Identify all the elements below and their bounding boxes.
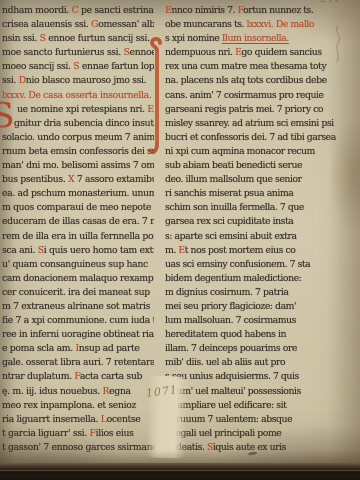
manuscript-line: uas sci emsiny confusionem. 7 sta xyxy=(165,258,336,272)
ink-text: mib' diis. uel ab aliis aut pro xyxy=(165,357,285,368)
ink-text: m dignius cosirnum. 7 patria xyxy=(165,287,288,298)
ink-text: t garcia liguarr' ssi. xyxy=(2,428,90,439)
manuscript-line: ni xpi cum aqmina monacor recum xyxy=(165,145,336,159)
ink-text: deo. illum mallsolum que senior xyxy=(165,174,302,185)
ink-text: s: aparte sci emsini abuit extra xyxy=(165,231,297,242)
manuscript-line: ria liguarrt insernella. Locentse xyxy=(2,413,154,427)
manuscript-line: m quos comparaui de meo nepote iohe. xyxy=(2,201,154,215)
manuscript-line: m dignius cosirnum. 7 patria xyxy=(165,286,336,300)
ink-text: crisea alauensis ssi. xyxy=(2,19,91,30)
manuscript-line: bidem degentium maledictione: xyxy=(165,272,336,286)
ink-text: ennae fartun lopes xyxy=(79,61,154,72)
manuscript-line: ns ampliare uel edificare: sit xyxy=(165,399,336,413)
ink-text: sca ani. xyxy=(2,245,38,256)
manuscript-line: ngruuum 7 ualentem: absque xyxy=(165,413,336,427)
ink-text: omessan' alba sci xyxy=(98,19,154,30)
manuscript-line: rex una cum matre mea thesama toty xyxy=(165,60,336,74)
ink-text: s xpi nomine xyxy=(165,33,222,44)
ink-text: cans. anim' 7 cosirmamus pro requie xyxy=(165,90,324,101)
manuscript-line: sca ani. Si quis uero homo tam extra xyxy=(2,244,154,258)
ink-text: meo rex inpamplona. et senioz xyxy=(2,400,136,411)
ink-text: nio blasco mauroso jmo ssi. xyxy=(26,75,147,86)
manuscript-line: s: aparte sci emsini abuit extra xyxy=(165,230,336,244)
manuscript-line: m. Et nos post mortem eius co xyxy=(165,244,336,258)
ink-text: bucri et confessoris dei. 7 ad tibi gars… xyxy=(165,132,336,143)
rubric-text: D xyxy=(19,75,26,86)
manuscript-line: t garcia liguarr' ssi. Filios eius xyxy=(2,427,154,441)
ink-text: ennoe furtun sancij ssi. xyxy=(46,33,150,44)
ink-text: ntrar duplatum. xyxy=(2,371,74,382)
manuscript-line: rnum beta emsin confessoris dei sum xyxy=(2,145,154,159)
manuscript-line: ssi. Dnio blasco mauroso jmo ssi. xyxy=(2,74,154,88)
manuscript-line: lum mallsoluan. 7 cosirmamus xyxy=(165,314,336,328)
manuscript-line: sub abiam beati benedicti serue xyxy=(165,159,336,173)
ink-text: gale. osserat libra auri. 7 retentara xyxy=(2,357,154,368)
ink-text: i quis uero homo tam extra xyxy=(44,245,154,256)
ink-text: 7 assoro extamibula xyxy=(74,174,154,185)
rubric-text: lxxxv. De casa osserta insournella. xyxy=(2,90,151,101)
manuscript-line: ndham moordi. C pe sancti estrinar. E pe xyxy=(2,4,154,18)
ink-text: ri sanchis miserat psua anima xyxy=(165,188,293,199)
ink-text: egna xyxy=(109,386,131,397)
ink-text: rex una cum matre mea thesama toty xyxy=(165,61,326,72)
ink-text: nnco nimiris 7. xyxy=(171,5,237,16)
manuscript-line: man' dni mo. belisomi assims 7 omib' xyxy=(2,159,154,173)
ink-text: fie 7 a xpi communione. cum iuda tra xyxy=(2,315,154,326)
gutter-initial-i-icon xyxy=(148,36,164,162)
manuscript-line: cans. anim' 7 cosirmamus pro requie xyxy=(165,89,336,103)
manuscript-line: Ennco nimiris 7. Fortun nunnez ts. xyxy=(165,4,336,18)
ink-text: uas sci emsiny confusionem. 7 sta xyxy=(165,259,310,270)
ink-text: e poma scla am. xyxy=(2,343,75,354)
ink-text: misley ssanrey. ad atrium sci emsini psi xyxy=(165,118,334,129)
ink-text: educeram de illas casas de era. 7 molie xyxy=(2,216,154,227)
manuscript-line: meo rex inpamplona. et senioz xyxy=(2,399,154,413)
manuscript-line: moeo sancij ssi. S ennae fartun lopes xyxy=(2,60,154,74)
margin-pen-mark-icon xyxy=(331,24,345,68)
manuscript-line: e poma scla am. Insup ad parte xyxy=(2,342,154,356)
manuscript-line: s seu unius adquisierms. 7 quis xyxy=(165,370,336,384)
manuscript-line: mei seu priory flagicioze: dam' xyxy=(165,300,336,314)
ink-text: moeo sancij ssi. xyxy=(2,61,73,72)
manuscript-line: solacio. undo corpus meum 7 anima ad xyxy=(2,131,154,145)
manuscript-line: nsin ssi. S ennoe furtun sancij ssi. xyxy=(2,32,154,46)
manuscript-line: s xpi nomine Ilum insornella. xyxy=(165,32,336,46)
ink-text: ndempuous nri. xyxy=(165,47,235,58)
ink-text: moe sancto furtunierus ssi. xyxy=(2,47,124,58)
manuscript-line: cer conuicerit. ira dei maneat sup xyxy=(2,286,154,300)
manuscript-line: rem de illa era in uilla fernnella pomia xyxy=(2,230,154,244)
ink-text: cam donacionem malaquo rexampui xyxy=(2,273,154,284)
ink-text: cer conuicerit. ira dei maneat sup xyxy=(2,287,150,298)
manuscript-line: u' quam consanguineus sup hanc xyxy=(2,258,154,272)
ink-text: bus psentibus. xyxy=(2,174,68,185)
ink-text: u' quam consanguineus sup hanc xyxy=(2,259,148,270)
manuscript-line: cam donacionem malaquo rexampui xyxy=(2,272,154,286)
rubric-text: lxxxvi. De mallo xyxy=(247,19,314,30)
manuscript-line: gnitur dria subencia dinco insutura xyxy=(2,117,154,131)
left-text-column: ndham moordi. C pe sancti estrinar. E pe… xyxy=(2,4,154,455)
manuscript-line: crisea alauensis ssi. Gomessan' alba sci xyxy=(2,18,154,32)
manuscript-line: mib' diis. uel ab aliis aut pro xyxy=(165,356,336,370)
ink-text: nsup ad parte xyxy=(79,343,140,354)
ink-text: m quos comparaui de meo nepote iohe. xyxy=(2,202,154,213)
ink-text: ria liguarrt insernella. xyxy=(2,414,101,425)
ink-text: ortun nunnez ts. xyxy=(243,5,313,16)
manuscript-line: garsea rex sci cupiditate insta xyxy=(165,215,336,229)
ink-text: lum mallsoluan. 7 cosirmamus xyxy=(165,315,296,326)
ink-text: ue nomine xpi retespians nri. xyxy=(17,104,147,115)
ink-text: ea. ad pschum monasterium. unum ca xyxy=(2,188,154,199)
manuscript-line: bucri et confessoris dei. 7 ad tibi gars… xyxy=(165,131,336,145)
ink-text: ni xpi cum aqmina monacor recum xyxy=(165,146,315,157)
ink-text: man' dni mo. belisomi assims 7 omib' xyxy=(2,160,154,171)
ink-text: garsea rex sci cupiditate insta xyxy=(165,216,293,227)
manuscript-line: gale. osserat libra auri. 7 retentara xyxy=(2,356,154,370)
manuscript-line: ue nomine xpi retespians nri. E go xyxy=(2,103,154,117)
ink-text: go quidem sancius xyxy=(241,47,321,58)
page-edge-shadow xyxy=(0,450,360,464)
ink-text: bidem degentium maledictione: xyxy=(165,273,301,284)
ink-text: m 7 extraneus alrinane sot matris xyxy=(2,301,150,312)
manuscript-line: misley ssanrey. ad atrium sci emsini psi xyxy=(165,117,336,131)
manuscript-line: moe sancto furtunierus ssi. Sennoe xyxy=(2,46,154,60)
manuscript-line: educeram de illas casas de era. 7 molie xyxy=(2,215,154,229)
ink-text: sub abiam beati benedicti serue xyxy=(165,160,302,171)
manuscript-line: na. placens nls atq tots cordibus debe xyxy=(165,74,336,88)
page-edge-highlight xyxy=(0,470,360,471)
manuscript-line: lorum' uel malteui' possessionis xyxy=(165,385,336,399)
ink-text: garseani regis patris mei. 7 priory co xyxy=(165,104,323,115)
ink-text: solacio. undo corpus meum 7 anima ad xyxy=(2,132,154,143)
page-bottom-edge xyxy=(0,463,360,480)
manuscript-line: ea. ad pschum monasterium. unum ca xyxy=(2,187,154,201)
manuscript-line: ntrar duplatum. Facta carta sub xyxy=(2,370,154,384)
manuscript-line: ri sanchis miserat psua anima xyxy=(165,187,336,201)
manuscript-line: garseani regis patris mei. 7 priory co xyxy=(165,103,336,117)
ink-text: t nos post mortem eius co xyxy=(185,245,296,256)
ink-text: ndham moordi. xyxy=(2,5,72,16)
ink-text: pe sancti estrinar. xyxy=(78,5,154,16)
ink-text: ilios eius xyxy=(96,428,134,439)
manuscript-line: obe muncarans ts. lxxxvi. De mallo xyxy=(165,18,336,32)
right-text-column: Ennco nimiris 7. Fortun nunnez ts.obe mu… xyxy=(165,4,336,455)
ink-text: rnum beta emsin confessoris dei sum xyxy=(2,146,154,157)
ink-text: m. xyxy=(165,245,178,256)
ink-text: rem de illa era in uilla fernnella pomia xyxy=(2,231,154,242)
manuscript-line: ree in inferni uoragine obtineat ria xyxy=(2,328,154,342)
manuscript-line: bus psentibus. X 7 assoro extamibula xyxy=(2,173,154,187)
ink-text: ocentse xyxy=(107,414,141,425)
ink-text: mei seu priory flagicioze: dam' xyxy=(165,301,296,312)
manuscript-line: illam. 7 deinceps pouarims ore xyxy=(165,342,336,356)
ink-text: ssi. xyxy=(2,75,19,86)
ink-text: obe muncarans ts. xyxy=(165,19,247,30)
manuscript-line: ę. m. iij. idus nouebus. Regna xyxy=(2,385,154,399)
manuscript-line: schim son inuilla fermella. 7 que xyxy=(165,201,336,215)
ink-text: schim son inuilla fermella. 7 que xyxy=(165,202,304,213)
manuscript-line: fie 7 a xpi communione. cum iuda tra xyxy=(2,314,154,328)
manuscript-line: hereditatem quod habens in xyxy=(165,328,336,342)
rubric-text: Ilum insornella. xyxy=(222,33,289,44)
large-initial-s: S xyxy=(0,99,15,134)
rubric-line: lxxxv. De casa osserta insournella. xyxy=(2,89,154,103)
ink-text: ree in inferni uoragine obtineat ria xyxy=(2,329,154,340)
ink-text: ę. m. iij. idus nouebus. xyxy=(2,386,102,397)
ink-text: hereditatem quod habens in xyxy=(165,329,286,340)
ink-text: gnitur dria subencia dinco insutura xyxy=(14,118,154,129)
manuscript-line: deo. illum mallsolum que senior xyxy=(165,173,336,187)
ink-text: acta carta sub xyxy=(80,371,142,382)
manuscript-line: m 7 extraneus alrinane sot matris xyxy=(2,300,154,314)
manuscript-line: ndempuous nri. Ego quidem sancius xyxy=(165,46,336,60)
manuscript-line: r regali uel principali pome xyxy=(165,427,336,441)
ink-text: illam. 7 deinceps pouarims ore xyxy=(165,343,297,354)
ink-text: na. placens nls atq tots cordibus debe xyxy=(165,75,327,86)
manuscript-page: 241 ndham moordi. C pe sancti estrinar. … xyxy=(0,0,360,480)
ink-text: nsin ssi. xyxy=(2,33,40,44)
